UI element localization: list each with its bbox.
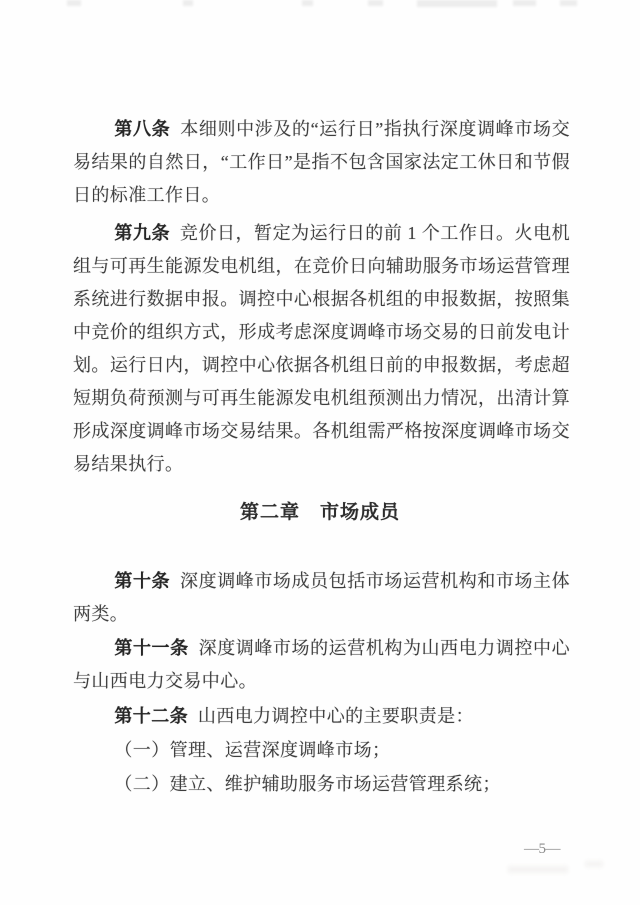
scan-smudge xyxy=(585,861,603,867)
scan-artifact xyxy=(67,0,81,6)
article-9-number: 第九条 xyxy=(114,223,170,243)
scan-artifact xyxy=(183,0,193,6)
scan-artifact xyxy=(417,0,497,7)
scan-artifact xyxy=(302,0,313,6)
scan-artifact xyxy=(513,0,536,6)
article-10-paragraph: 第十条深度调峰市场成员包括市场运营机构和市场主体两类。 xyxy=(73,565,570,631)
article-10-number: 第十条 xyxy=(114,571,170,591)
scanned-document-page: 第八条本细则中涉及的“运行日”指执行深度调峰市场交易结果的自然日，“工作日”是指… xyxy=(0,0,640,905)
article-11-paragraph: 第十一条深度调峰市场的运营机构为山西电力调控中心与山西电力交易中心。 xyxy=(73,632,570,698)
duty-item-1: （一）管理、运营深度调峰市场； xyxy=(73,734,570,767)
scan-artifact xyxy=(560,0,577,6)
article-9-paragraph: 第九条竞价日，暂定为运行日的前 1 个工作日。火电机组与可再生能源发电机组，在竞… xyxy=(73,217,570,481)
duty-item-2: （二）建立、维护辅助服务市场运营管理系统； xyxy=(73,768,570,801)
scan-artifact xyxy=(368,0,383,6)
article-12-paragraph: 第十二条山西电力调控中心的主要职责是： xyxy=(73,700,570,733)
page-number: —5— xyxy=(524,841,560,858)
article-8-number: 第八条 xyxy=(114,119,170,139)
scan-smudge xyxy=(508,866,568,873)
article-8-paragraph: 第八条本细则中涉及的“运行日”指执行深度调峰市场交易结果的自然日，“工作日”是指… xyxy=(73,113,570,212)
article-11-number: 第十一条 xyxy=(114,638,188,658)
article-9-text: 竞价日，暂定为运行日的前 1 个工作日。火电机组与可再生能源发电机组，在竞价日向… xyxy=(73,223,570,474)
chapter-2-heading: 第二章 市场成员 xyxy=(0,497,640,524)
article-12-number: 第十二条 xyxy=(114,706,188,726)
article-12-text: 山西电力调控中心的主要职责是： xyxy=(198,706,474,726)
